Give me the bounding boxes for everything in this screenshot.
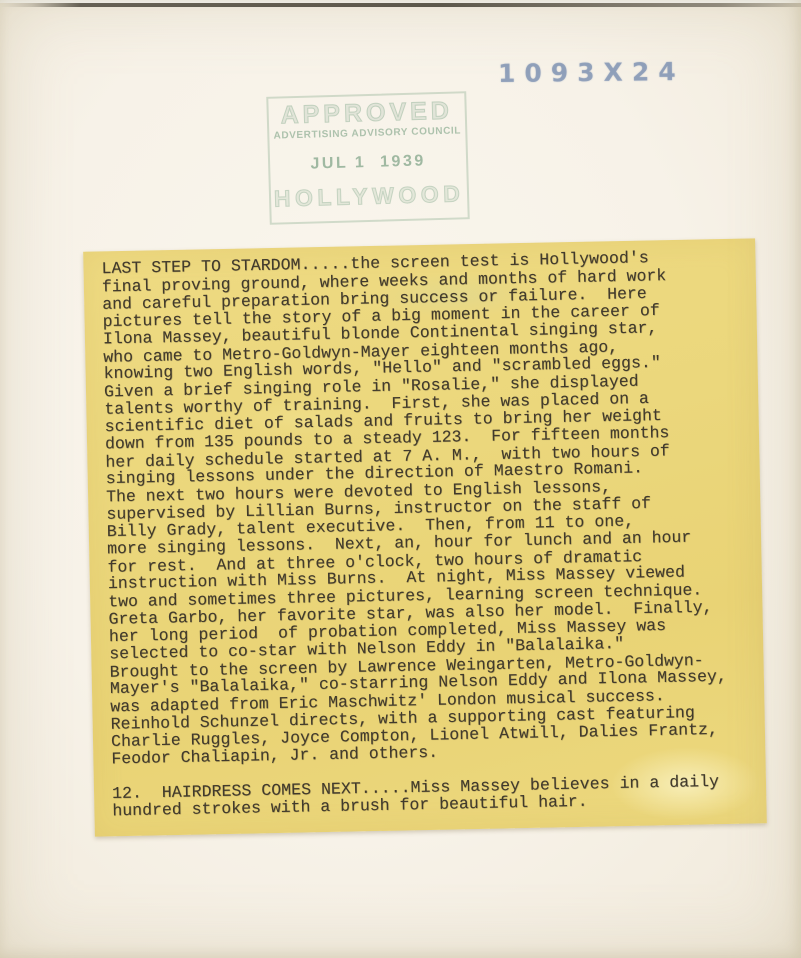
- handwritten-negative-number: 1093X24: [498, 57, 685, 88]
- photo-back-scan: 1093X24 APPROVED ADVERTISING ADVISORY CO…: [0, 0, 801, 958]
- caption-paragraph-main: LAST STEP TO STARDOM.....the screen test…: [101, 248, 753, 768]
- typed-caption-slip: LAST STEP TO STARDOM.....the screen test…: [83, 238, 767, 836]
- scan-top-edge: [0, 3, 801, 7]
- caption-text: LAST STEP TO STARDOM.....the screen test…: [101, 248, 754, 820]
- caption-paragraph-hairdress: 12. HAIRDRESS COMES NEXT.....Miss Massey…: [112, 772, 755, 820]
- stamp-hollywood-text: HOLLYWOOD: [274, 180, 465, 212]
- advertising-approval-stamp: APPROVED ADVERTISING ADVISORY COUNCIL JU…: [266, 91, 469, 225]
- stamp-date-text: JUL 1 1939: [310, 152, 426, 173]
